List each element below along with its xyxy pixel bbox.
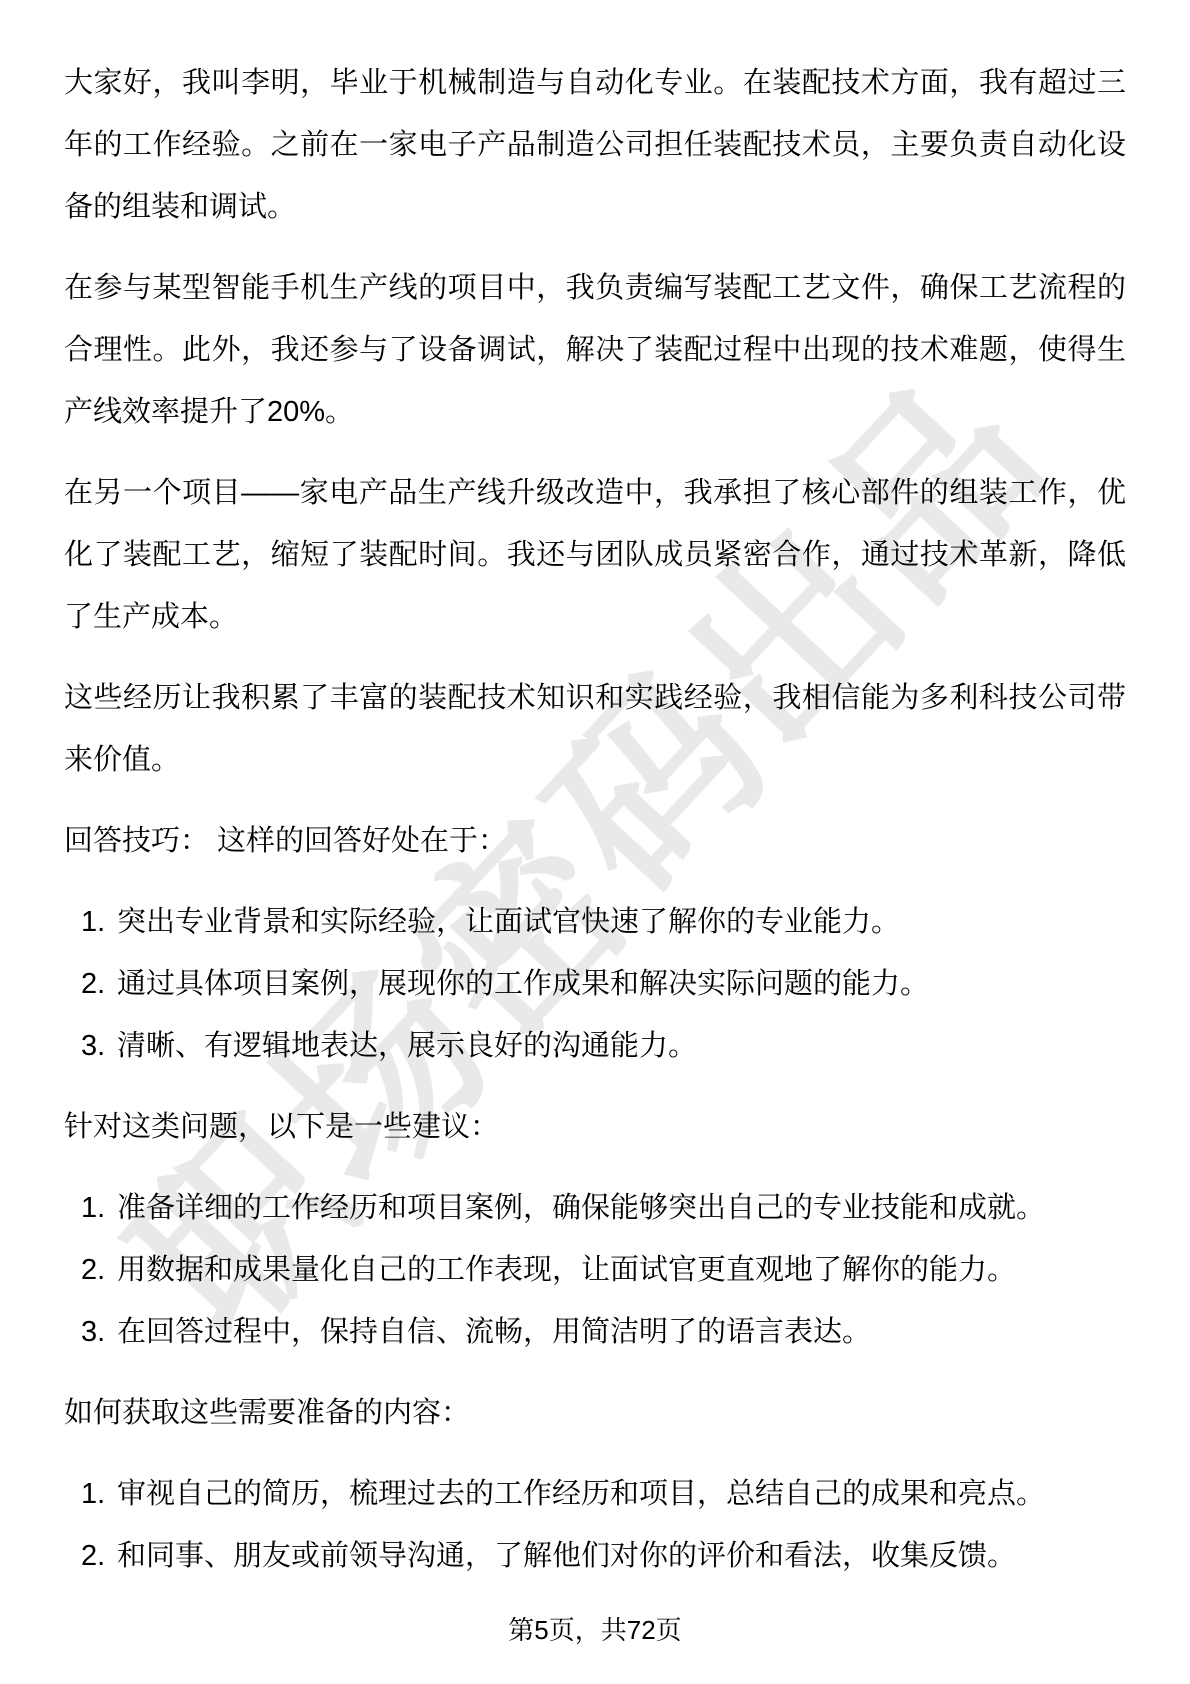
- list-item: 2.用数据和成果量化自己的工作表现，让面试官更直观地了解你的能力。: [81, 1239, 1126, 1301]
- tips-heading: 回答技巧： 这样的回答好处在于：: [64, 810, 1126, 872]
- list-item-text: 通过具体项目案例，展现你的工作成果和解决实际问题的能力。: [117, 968, 929, 1000]
- list-item-text: 突出专业背景和实际经验，让面试官快速了解你的专业能力。: [117, 906, 900, 938]
- page-number: 第5页，共72页: [0, 1610, 1190, 1650]
- suggestions-heading: 针对这类问题，以下是一些建议：: [64, 1096, 1126, 1158]
- list-item: 1.突出专业背景和实际经验，让面试官快速了解你的专业能力。: [81, 891, 1126, 953]
- tips-list: 1.突出专业背景和实际经验，让面试官快速了解你的专业能力。 2.通过具体项目案例…: [64, 891, 1126, 1077]
- list-item: 2.通过具体项目案例，展现你的工作成果和解决实际问题的能力。: [81, 953, 1126, 1015]
- sources-heading: 如何获取这些需要准备的内容：: [64, 1382, 1126, 1444]
- paragraph-summary: 这些经历让我积累了丰富的装配技术知识和实践经验，我相信能为多利科技公司带来价值。: [64, 667, 1126, 791]
- paragraph-project-appliance: 在另一个项目——家电产品生产线升级改造中，我承担了核心部件的组装工作，优化了装配…: [64, 462, 1126, 648]
- list-item-number: 3.: [81, 1301, 117, 1363]
- list-item-number: 2.: [81, 1239, 117, 1301]
- list-item-number: 1.: [81, 1177, 117, 1239]
- document-page: 大家好，我叫李明，毕业于机械制造与自动化专业。在装配技术方面，我有超过三年的工作…: [0, 0, 1190, 1587]
- list-item: 2.和同事、朋友或前领导沟通，了解他们对你的评价和看法，收集反馈。: [81, 1525, 1126, 1587]
- suggestions-list: 1.准备详细的工作经历和项目案例，确保能够突出自己的专业技能和成就。 2.用数据…: [64, 1177, 1126, 1363]
- list-item-number: 3.: [81, 1015, 117, 1077]
- list-item-text: 审视自己的简历，梳理过去的工作经历和项目，总结自己的成果和亮点。: [117, 1478, 1045, 1510]
- list-item-number: 2.: [81, 953, 117, 1015]
- list-item-text: 和同事、朋友或前领导沟通，了解他们对你的评价和看法，收集反馈。: [117, 1540, 1016, 1572]
- list-item: 1.审视自己的简历，梳理过去的工作经历和项目，总结自己的成果和亮点。: [81, 1463, 1126, 1525]
- list-item: 3.在回答过程中，保持自信、流畅，用简洁明了的语言表达。: [81, 1301, 1126, 1363]
- list-item: 3.清晰、有逻辑地表达，展示良好的沟通能力。: [81, 1015, 1126, 1077]
- sources-list: 1.审视自己的简历，梳理过去的工作经历和项目，总结自己的成果和亮点。 2.和同事…: [64, 1463, 1126, 1587]
- list-item-number: 2.: [81, 1525, 117, 1587]
- paragraph-intro: 大家好，我叫李明，毕业于机械制造与自动化专业。在装配技术方面，我有超过三年的工作…: [64, 52, 1126, 238]
- list-item-text: 准备详细的工作经历和项目案例，确保能够突出自己的专业技能和成就。: [117, 1192, 1045, 1224]
- list-item-number: 1.: [81, 1463, 117, 1525]
- paragraph-project-phone: 在参与某型智能手机生产线的项目中，我负责编写装配工艺文件，确保工艺流程的合理性。…: [64, 257, 1126, 443]
- list-item-number: 1.: [81, 891, 117, 953]
- list-item-text: 清晰、有逻辑地表达，展示良好的沟通能力。: [117, 1030, 697, 1062]
- list-item-text: 在回答过程中，保持自信、流畅，用简洁明了的语言表达。: [117, 1316, 871, 1348]
- list-item-text: 用数据和成果量化自己的工作表现，让面试官更直观地了解你的能力。: [117, 1254, 1016, 1286]
- list-item: 1.准备详细的工作经历和项目案例，确保能够突出自己的专业技能和成就。: [81, 1177, 1126, 1239]
